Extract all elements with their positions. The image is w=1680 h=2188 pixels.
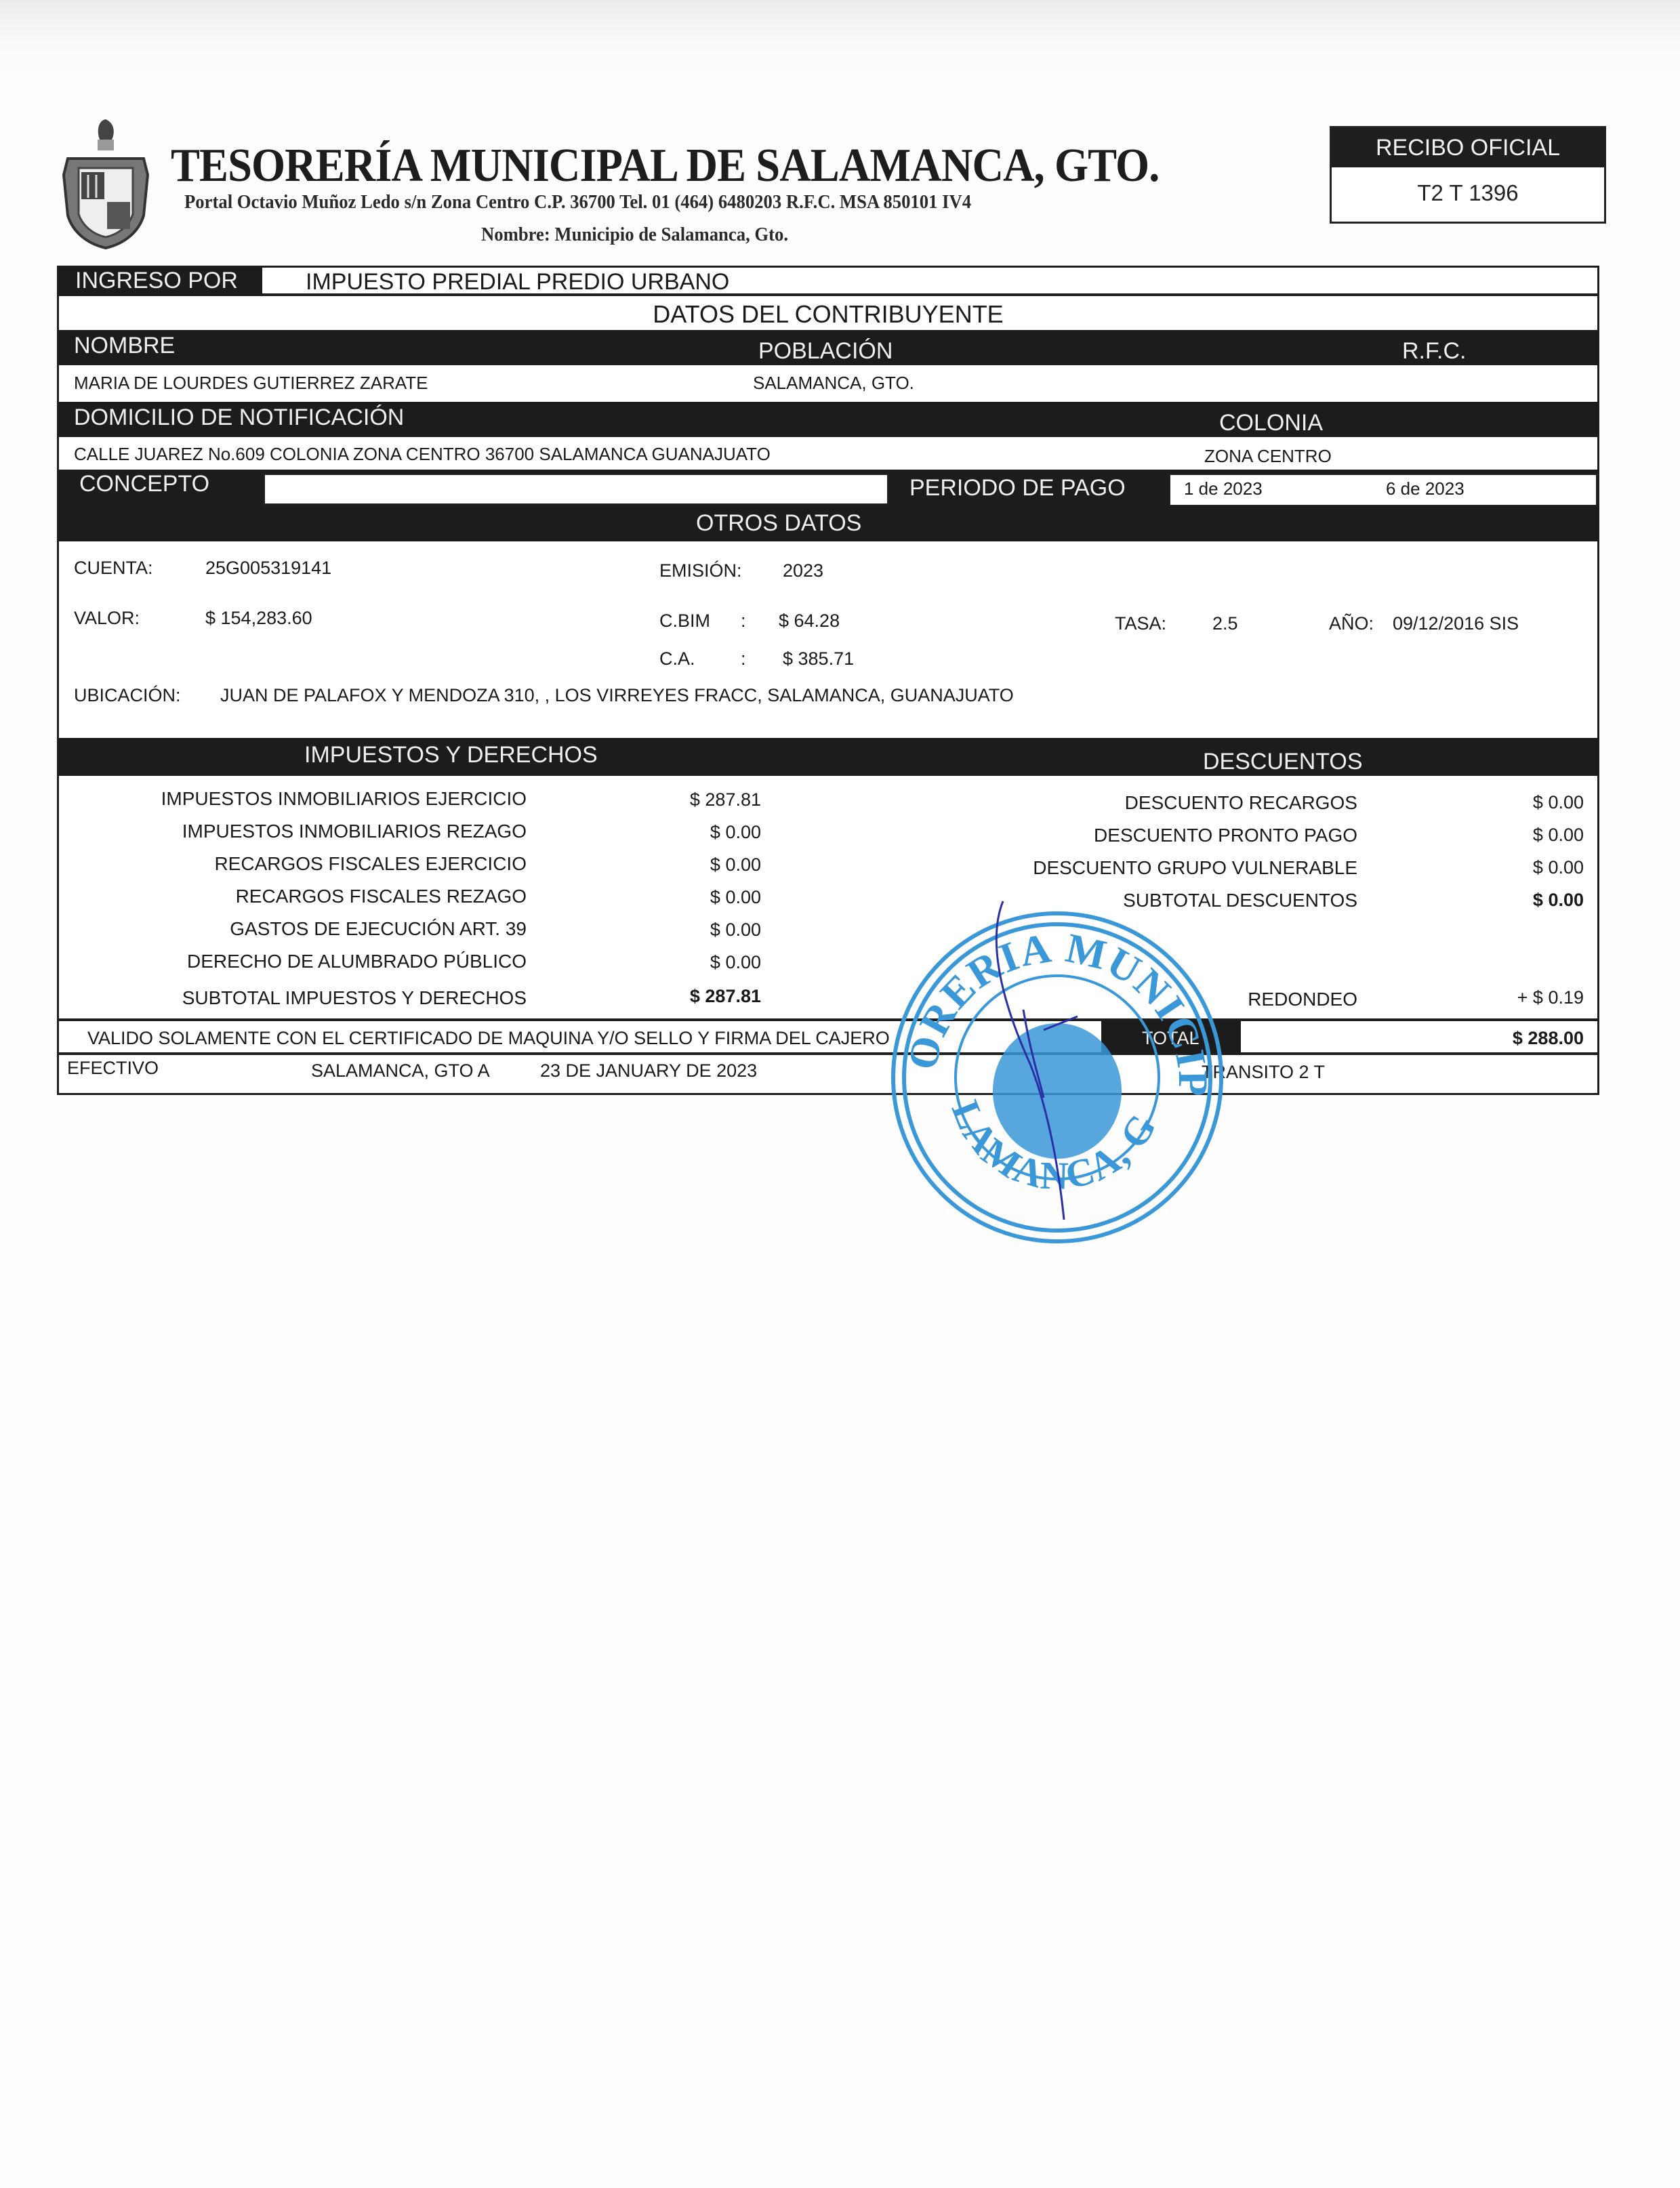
domicilio-label: DOMICILIO DE NOTIFICACIÓN	[74, 405, 404, 431]
descuento-item-label: DESCUENTO GRUPO VULNERABLE	[940, 857, 1357, 879]
descuento-item-amount: $ 0.00	[1414, 857, 1584, 878]
poblacion-label: POBLACIÓN	[758, 338, 893, 365]
impuesto-item-amount: $ 0.00	[601, 920, 761, 941]
fecha: 23 DE JANUARY DE 2023	[540, 1060, 757, 1081]
impuestos-subtotal-value: $ 287.81	[601, 986, 761, 1007]
impuesto-item-label: RECARGOS FISCALES REZAGO	[73, 886, 527, 907]
descuento-item-amount: $ 0.00	[1414, 825, 1584, 846]
impuestos-section-title: IMPUESTOS Y DERECHOS	[304, 742, 598, 768]
receipt-label: RECIBO OFICIAL	[1332, 128, 1604, 167]
cbim-label: C.BIM	[659, 611, 710, 632]
nombre-label: NOMBRE	[74, 333, 175, 359]
impuesto-item-label: GASTOS DE EJECUCIÓN ART. 39	[73, 918, 527, 940]
divider	[59, 1018, 1597, 1021]
receipt-number-box: RECIBO OFICIAL T2 T 1396	[1330, 126, 1606, 224]
impuesto-item-amount: $ 0.00	[601, 822, 761, 843]
impuestos-descuentos-bar	[59, 738, 1597, 776]
descuento-item-amount: $ 0.00	[1414, 792, 1584, 813]
impuesto-item-amount: $ 0.00	[601, 952, 761, 973]
ingreso-label: INGRESO POR	[75, 268, 238, 294]
concepto-label: CONCEPTO	[79, 471, 209, 497]
valor-value: $ 154,283.60	[205, 608, 312, 629]
impuesto-item-label: IMPUESTOS INMOBILIARIOS REZAGO	[73, 821, 527, 842]
tasa-value: 2.5	[1212, 613, 1238, 634]
tasa-label: TASA:	[1115, 613, 1166, 634]
ingreso-value: IMPUESTO PREDIAL PREDIO URBANO	[306, 269, 729, 295]
office-address: Portal Octavio Muñoz Ledo s/n Zona Centr…	[184, 191, 971, 213]
cbim-colon: :	[741, 611, 746, 632]
cuenta-label: CUENTA:	[74, 558, 153, 579]
impuesto-item-amount: $ 0.00	[601, 887, 761, 908]
cuenta-value: 25G005319141	[205, 558, 331, 579]
descuentos-subtotal-label: SUBTOTAL DESCUENTOS	[940, 890, 1357, 911]
descuentos-section-title: DESCUENTOS	[1203, 749, 1363, 775]
scan-edge	[0, 0, 1680, 75]
receipt-form: INGRESO POR IMPUESTO PREDIAL PREDIO URBA…	[57, 266, 1599, 1095]
impuesto-item-amount: $ 0.00	[601, 854, 761, 875]
ca-value: $ 385.71	[783, 648, 854, 669]
descuentos-subtotal-value: $ 0.00	[1414, 890, 1584, 911]
total-value: $ 288.00	[1347, 1028, 1584, 1049]
page-title: TESORERÍA MUNICIPAL DE SALAMANCA, GTO.	[171, 139, 1159, 193]
emision-value: 2023	[783, 560, 823, 581]
impuesto-item-label: IMPUESTOS INMOBILIARIOS EJERCICIO	[73, 788, 527, 810]
anio-value: 09/12/2016 SIS	[1393, 613, 1519, 634]
descuento-item-label: DESCUENTO PRONTO PAGO	[940, 825, 1357, 846]
ubicacion-label: UBICACIÓN:	[74, 685, 181, 706]
redondeo-label: REDONDEO	[1075, 989, 1357, 1010]
office-name: Nombre: Municipio de Salamanca, Gto.	[481, 224, 788, 246]
impuesto-item-amount: $ 287.81	[601, 789, 761, 810]
periodo-desde: 1 de 2023	[1184, 478, 1263, 499]
descuento-item-label: DESCUENTO RECARGOS	[940, 792, 1357, 814]
ubicacion-value: JUAN DE PALAFOX Y MENDOZA 310, , LOS VIR…	[220, 685, 1014, 706]
impuestos-subtotal-label: SUBTOTAL IMPUESTOS Y DERECHOS	[73, 987, 527, 1009]
periodo-label: PERIODO DE PAGO	[909, 475, 1126, 501]
anio-label: AÑO:	[1329, 613, 1374, 634]
contribuyente-section-title: DATOS DEL CONTRIBUYENTE	[59, 300, 1597, 329]
domicilio-value: CALLE JUAREZ No.609 COLONIA ZONA CENTRO …	[74, 444, 771, 465]
caja: TRANSITO 2 T	[1202, 1062, 1325, 1083]
valor-label: VALOR:	[74, 608, 140, 629]
total-label: TOTAL	[1142, 1028, 1200, 1049]
lugar: SALAMANCA, GTO A	[311, 1060, 490, 1081]
validez-note: VALIDO SOLAMENTE CON EL CERTIFICADO DE M…	[87, 1028, 890, 1049]
emision-label: EMISIÓN:	[659, 560, 742, 581]
poblacion-value: SALAMANCA, GTO.	[753, 373, 914, 394]
concepto-field	[264, 474, 888, 505]
ca-label: C.A.	[659, 648, 695, 669]
redondeo-value: + $ 0.19	[1414, 987, 1584, 1008]
forma-pago: EFECTIVO	[67, 1058, 159, 1079]
impuesto-item-label: RECARGOS FISCALES EJERCICIO	[73, 853, 527, 875]
impuesto-item-label: DERECHO DE ALUMBRADO PÚBLICO	[73, 951, 527, 972]
otros-datos-title: OTROS DATOS	[696, 510, 861, 537]
periodo-hasta: 6 de 2023	[1386, 478, 1464, 499]
nombre-value: MARIA DE LOURDES GUTIERREZ ZARATE	[74, 373, 428, 394]
colonia-value: ZONA CENTRO	[1204, 446, 1332, 467]
cbim-value: $ 64.28	[779, 611, 840, 632]
divider	[59, 293, 1597, 296]
municipal-coat-of-arms-icon	[58, 114, 153, 253]
rfc-label: R.F.C.	[1402, 338, 1466, 365]
receipt-number: T2 T 1396	[1332, 167, 1604, 219]
ca-colon: :	[741, 648, 746, 669]
divider	[59, 1052, 1597, 1055]
colonia-label: COLONIA	[1219, 410, 1323, 436]
